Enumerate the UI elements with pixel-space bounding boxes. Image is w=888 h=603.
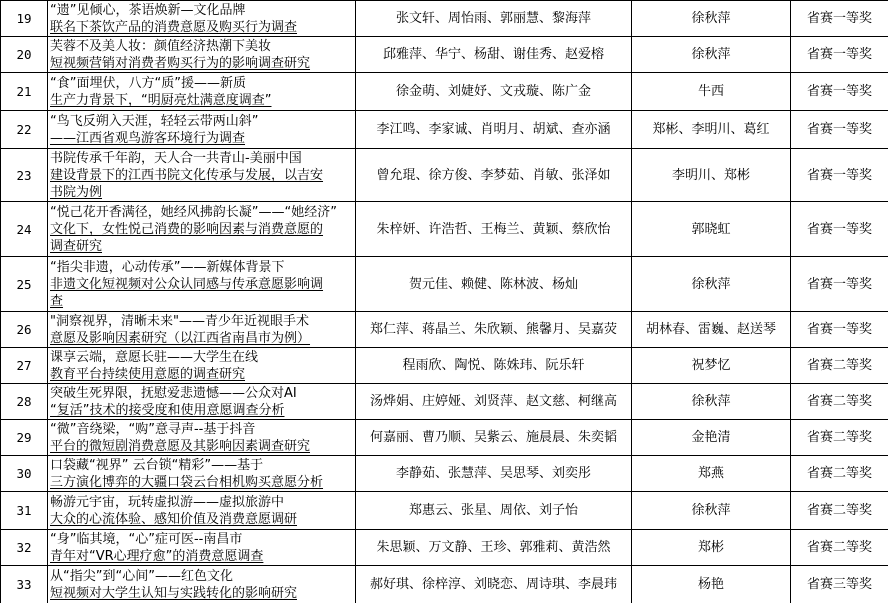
- project-title-line: 书院为例: [50, 184, 355, 201]
- team-members: 郝好琪、徐梓淳、刘晓恋、周诗琪、李晨玮: [356, 566, 632, 603]
- award-level: 省赛一等奖: [791, 73, 888, 111]
- award-level: 省赛一等奖: [791, 149, 888, 202]
- award-level: 省赛二等奖: [791, 384, 888, 420]
- advisor: 李明川、郑彬: [632, 149, 791, 202]
- row-number: 26: [1, 312, 48, 348]
- advisor: 徐秋萍: [632, 384, 791, 420]
- project-title: 课享云端，意愿长驻——大学生在线教育平台持续使用意愿的调查研究: [48, 348, 356, 384]
- project-title-line: "洞察视界，清晰未来"——青少年近视眼手术: [50, 313, 355, 330]
- project-title: “遗”见倾心，茶语焕新—文化品牌联名下茶饮产品的消费意愿及购买行为调查: [48, 1, 356, 37]
- project-title-line: 平台的微短剧消费意愿及其影响因素调查研究: [50, 438, 355, 455]
- project-title-line: 从“指尖”到“心间”——红色文化: [50, 568, 355, 585]
- team-members: 邱雅萍、华宁、杨甜、谢佳秀、赵爱榕: [356, 37, 632, 73]
- table-row: 28 突破生死界限，抚慰爱悲遗憾——公众对AI“复活”技术的接受度和使用意愿调查…: [1, 384, 888, 420]
- table-row: 31 畅游元宇宙，玩转虚拟游——虚拟旅游中大众的心流体验、感知价值及消费意愿调研…: [1, 492, 888, 530]
- advisor: 郑燕: [632, 456, 791, 492]
- project-title: 书院传承千年韵，天人合一共青山-美丽中国建设背景下的江西书院文化传承与发展，以吉…: [48, 149, 356, 202]
- project-title: 从“指尖”到“心间”——红色文化短视频对大学生认知与实践转化的影响研究: [48, 566, 356, 603]
- table-row: 32 “身”临其境，“心”症可医--南昌市青年对“VR心理疗愈”的消费意愿调查 …: [1, 530, 888, 566]
- team-members: 李静茹、张慧萍、吴思琴、刘奕彤: [356, 456, 632, 492]
- advisor: 郭晓虹: [632, 202, 791, 257]
- table-row: 20 芙蓉不及美人妆：颜值经济热潮下美妆短视频营销对消费者购买行为的影响调查研究…: [1, 37, 888, 73]
- project-title-line: 短视频营销对消费者购买行为的影响调查研究: [50, 55, 355, 72]
- award-level: 省赛一等奖: [791, 1, 888, 37]
- team-members: 徐金萌、刘婕妤、文戎璇、陈广金: [356, 73, 632, 111]
- advisor: 祝梦忆: [632, 348, 791, 384]
- project-title: “微”音绕梁，“购”意寻声--基于抖音平台的微短剧消费意愿及其影响因素调查研究: [48, 420, 356, 456]
- project-title-line: 畅游元宇宙，玩转虚拟游——虚拟旅游中: [50, 494, 355, 511]
- awards-table: 19 “遗”见倾心，茶语焕新—文化品牌联名下茶饮产品的消费意愿及购买行为调查 张…: [0, 0, 888, 603]
- table-row: 30 口袋藏“视界” 云台锁“精彩”——基于三方演化博弈的大疆口袋云台相机购买意…: [1, 456, 888, 492]
- project-title-line: “身”临其境，“心”症可医--南昌市: [50, 531, 355, 548]
- advisor: 金艳清: [632, 420, 791, 456]
- row-number: 24: [1, 202, 48, 257]
- table-row: 22 “鸟飞反朔入天涯，轻轻云带两山斜”——江西省观鸟游客环境行为调查 李江鸣、…: [1, 111, 888, 149]
- team-members: 郑仁萍、蒋晶兰、朱欣颖、熊馨月、吴嘉荧: [356, 312, 632, 348]
- award-level: 省赛一等奖: [791, 312, 888, 348]
- row-number: 25: [1, 257, 48, 312]
- award-level: 省赛一等奖: [791, 202, 888, 257]
- award-level: 省赛三等奖: [791, 566, 888, 603]
- team-members: 张文轩、周怡雨、郭丽慧、黎海萍: [356, 1, 632, 37]
- table-row: 27 课享云端，意愿长驻——大学生在线教育平台持续使用意愿的调查研究 程雨欣、陶…: [1, 348, 888, 384]
- project-title: “身”临其境，“心”症可医--南昌市青年对“VR心理疗愈”的消费意愿调查: [48, 530, 356, 566]
- row-number: 32: [1, 530, 48, 566]
- project-title-line: 课享云端，意愿长驻——大学生在线: [50, 349, 355, 366]
- award-level: 省赛一等奖: [791, 257, 888, 312]
- row-number: 31: [1, 492, 48, 530]
- award-level: 省赛二等奖: [791, 348, 888, 384]
- project-title: 口袋藏“视界” 云台锁“精彩”——基于三方演化博弈的大疆口袋云台相机购买意愿分析: [48, 456, 356, 492]
- project-title: “悦己花开香满径，她经风拂韵长凝”——“她经济”文化下，女性悦己消费的影响因素与…: [48, 202, 356, 257]
- row-number: 33: [1, 566, 48, 603]
- project-title-line: ——江西省观鸟游客环境行为调查: [50, 130, 355, 147]
- project-title-line: 生产力背景下，“明厨亮灶满意度调查”: [50, 92, 355, 109]
- advisor: 徐秋萍: [632, 257, 791, 312]
- row-number: 28: [1, 384, 48, 420]
- row-number: 20: [1, 37, 48, 73]
- advisor: 徐秋萍: [632, 37, 791, 73]
- project-title-line: 调查研究: [50, 238, 355, 255]
- row-number: 22: [1, 111, 48, 149]
- advisor: 牛西: [632, 73, 791, 111]
- team-members: 朱梓妍、许浩哲、王梅兰、黄颖、蔡欣怡: [356, 202, 632, 257]
- project-title-line: “鸟飞反朔入天涯，轻轻云带两山斜”: [50, 113, 355, 130]
- row-number: 21: [1, 73, 48, 111]
- project-title-line: 联名下茶饮产品的消费意愿及购买行为调查: [50, 19, 355, 36]
- table-row: 21 “食”面埋伏，八方“质”援——新质生产力背景下，“明厨亮灶满意度调查” 徐…: [1, 73, 888, 111]
- team-members: 汤烨娟、庄婷娅、刘贤萍、赵文慈、柯继高: [356, 384, 632, 420]
- project-title-line: 短视频对大学生认知与实践转化的影响研究: [50, 585, 355, 602]
- project-title-line: “指尖非遗，心动传承”——新媒体背景下: [50, 259, 355, 276]
- project-title: “食”面埋伏，八方“质”援——新质生产力背景下，“明厨亮灶满意度调查”: [48, 73, 356, 111]
- row-number: 19: [1, 1, 48, 37]
- project-title: 芙蓉不及美人妆：颜值经济热潮下美妆短视频营销对消费者购买行为的影响调查研究: [48, 37, 356, 73]
- team-members: 李江鸣、李家诚、肖明月、胡斌、查亦涵: [356, 111, 632, 149]
- team-members: 朱思颖、万文静、王珍、郭雅莉、黄浩然: [356, 530, 632, 566]
- project-title-line: 查: [50, 293, 355, 310]
- project-title-line: 教育平台持续使用意愿的调查研究: [50, 366, 355, 383]
- project-title-line: “微”音绕梁，“购”意寻声--基于抖音: [50, 421, 355, 438]
- row-number: 30: [1, 456, 48, 492]
- advisor: 胡林春、雷巍、赵送琴: [632, 312, 791, 348]
- advisor: 郑彬: [632, 530, 791, 566]
- team-members: 曾允琨、徐方俊、李梦茹、肖敏、张泽如: [356, 149, 632, 202]
- project-title-line: 突破生死界限，抚慰爱悲遗憾——公众对AI: [50, 385, 355, 402]
- advisor: 徐秋萍: [632, 1, 791, 37]
- table-row: 29 “微”音绕梁，“购”意寻声--基于抖音平台的微短剧消费意愿及其影响因素调查…: [1, 420, 888, 456]
- table-row: 24 “悦己花开香满径，她经风拂韵长凝”——“她经济”文化下，女性悦己消费的影响…: [1, 202, 888, 257]
- project-title-line: 建设背景下的江西书院文化传承与发展，以吉安: [50, 167, 355, 184]
- project-title-line: 书院传承千年韵，天人合一共青山-美丽中国: [50, 150, 355, 167]
- award-level: 省赛二等奖: [791, 530, 888, 566]
- team-members: 何嘉丽、曹乃顺、吴紫云、施晨晨、朱奕韬: [356, 420, 632, 456]
- table-row: 23 书院传承千年韵，天人合一共青山-美丽中国建设背景下的江西书院文化传承与发展…: [1, 149, 888, 202]
- table-row: 19 “遗”见倾心，茶语焕新—文化品牌联名下茶饮产品的消费意愿及购买行为调查 张…: [1, 1, 888, 37]
- award-level: 省赛二等奖: [791, 420, 888, 456]
- row-number: 29: [1, 420, 48, 456]
- project-title: “指尖非遗，心动传承”——新媒体背景下非遗文化短视频对公众认同感与传承意愿影响调…: [48, 257, 356, 312]
- project-title-line: “遗”见倾心，茶语焕新—文化品牌: [50, 2, 355, 19]
- table-row: 26 "洞察视界，清晰未来"——青少年近视眼手术意愿及影响因素研究（以江西省南昌…: [1, 312, 888, 348]
- advisor: 徐秋萍: [632, 492, 791, 530]
- project-title-line: 非遗文化短视频对公众认同感与传承意愿影响调: [50, 276, 355, 293]
- row-number: 27: [1, 348, 48, 384]
- project-title: “鸟飞反朔入天涯，轻轻云带两山斜”——江西省观鸟游客环境行为调查: [48, 111, 356, 149]
- project-title: 畅游元宇宙，玩转虚拟游——虚拟旅游中大众的心流体验、感知价值及消费意愿调研: [48, 492, 356, 530]
- award-level: 省赛二等奖: [791, 456, 888, 492]
- team-members: 贺元佳、赖健、陈林波、杨灿: [356, 257, 632, 312]
- project-title-line: 三方演化博弈的大疆口袋云台相机购买意愿分析: [50, 474, 355, 491]
- table-row: 25 “指尖非遗，心动传承”——新媒体背景下非遗文化短视频对公众认同感与传承意愿…: [1, 257, 888, 312]
- team-members: 郑惠云、张星、周依、刘子怡: [356, 492, 632, 530]
- project-title: "洞察视界，清晰未来"——青少年近视眼手术意愿及影响因素研究（以江西省南昌市为例…: [48, 312, 356, 348]
- project-title-line: “复活”技术的接受度和使用意愿调查分析: [50, 402, 355, 419]
- advisor: 郑彬、李明川、葛红: [632, 111, 791, 149]
- project-title-line: “食”面埋伏，八方“质”援——新质: [50, 75, 355, 92]
- project-title-line: 芙蓉不及美人妆：颜值经济热潮下美妆: [50, 38, 355, 55]
- project-title-line: 文化下，女性悦己消费的影响因素与消费意愿的: [50, 221, 355, 238]
- project-title-line: 口袋藏“视界” 云台锁“精彩”——基于: [50, 457, 355, 474]
- project-title-line: 意愿及影响因素研究（以江西省南昌市为例）: [50, 330, 355, 347]
- awards-table-body: 19 “遗”见倾心，茶语焕新—文化品牌联名下茶饮产品的消费意愿及购买行为调查 张…: [1, 1, 888, 603]
- table-row: 33 从“指尖”到“心间”——红色文化短视频对大学生认知与实践转化的影响研究 郝…: [1, 566, 888, 603]
- advisor: 杨艳: [632, 566, 791, 603]
- award-level: 省赛一等奖: [791, 37, 888, 73]
- project-title-line: 大众的心流体验、感知价值及消费意愿调研: [50, 511, 355, 528]
- project-title-line: “悦己花开香满径，她经风拂韵长凝”——“她经济”: [50, 204, 355, 221]
- project-title: 突破生死界限，抚慰爱悲遗憾——公众对AI“复活”技术的接受度和使用意愿调查分析: [48, 384, 356, 420]
- row-number: 23: [1, 149, 48, 202]
- award-level: 省赛二等奖: [791, 492, 888, 530]
- award-level: 省赛一等奖: [791, 111, 888, 149]
- team-members: 程雨欣、陶悦、陈姝玮、阮乐轩: [356, 348, 632, 384]
- project-title-line: 青年对“VR心理疗愈”的消费意愿调查: [50, 548, 355, 565]
